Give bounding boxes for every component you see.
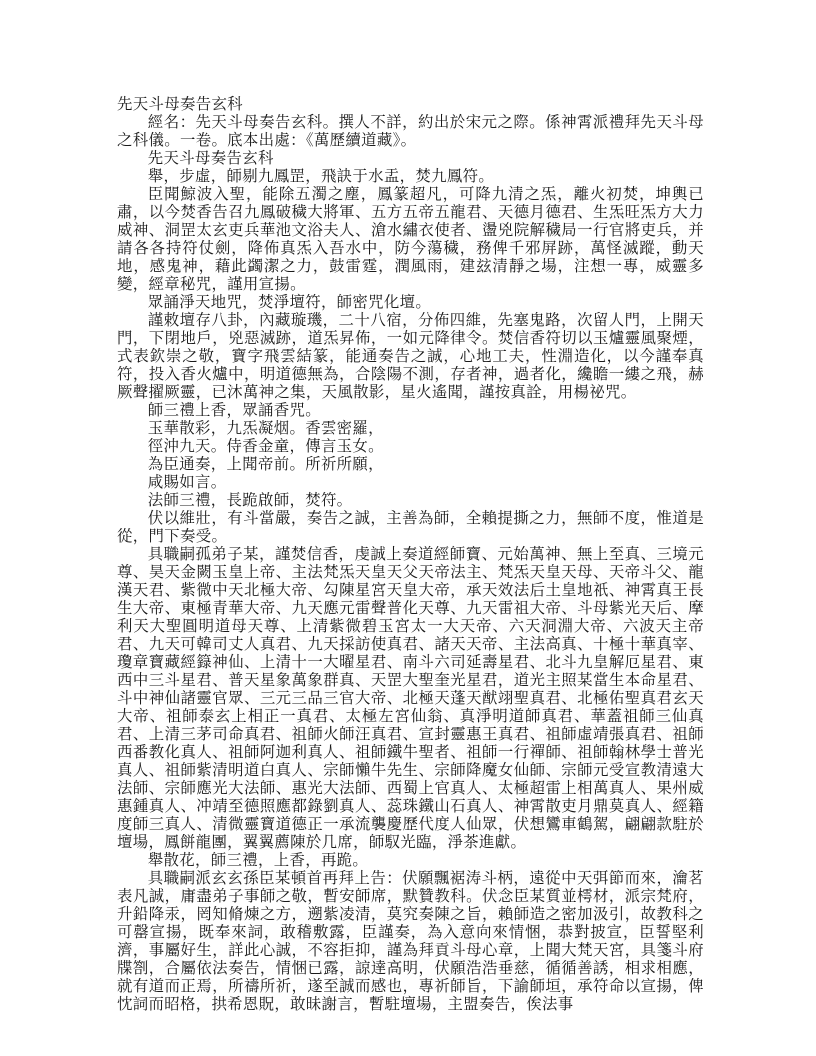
verse-line-4: 咸賜如言。 bbox=[117, 473, 704, 491]
paragraph-master-invocation: 伏以維壯，有斗當嚴，奏告之誠，主善為師，全賴提撕之力，無師不度，惟道是從，門下奏… bbox=[117, 509, 704, 545]
paragraph-rubric-kneel: 法師三禮，長跪啟師，焚符。 bbox=[117, 491, 704, 509]
paragraph-rubric-altar-chant: 眾誦淨天地咒，焚淨壇符，師密咒化壇。 bbox=[117, 293, 704, 311]
verse-line-1: 玉華散彩，九炁凝烟。香雲密羅， bbox=[117, 419, 704, 437]
paragraph-memorial: 具職嗣派玄玄孫臣某頓首再拜上告：伏願飄裾涛斗柄，遠從中天弭節而來，瀹茗表凡誠，庸… bbox=[117, 869, 704, 1013]
document-title: 先天斗母奏告玄科 bbox=[117, 95, 704, 113]
paragraph-rubric-scatter-flowers: 舉散花，師三禮，上香，再跪。 bbox=[117, 851, 704, 869]
paragraph-rubric-incense: 師三禮上香，眾誦香咒。 bbox=[117, 401, 704, 419]
paragraph-scripture-info: 經名：先天斗母奏告玄科。撰人不詳，約出於宋元之際。係神霄派禮拜先天斗母之科儀。一… bbox=[117, 113, 704, 149]
document-page: 先天斗母奏告玄科 經名：先天斗母奏告玄科。撰人不詳，約出於宋元之際。係神霄派禮拜… bbox=[117, 95, 704, 1013]
paragraph-subtitle: 先天斗母奏告玄科 bbox=[117, 149, 704, 167]
verse-line-2: 徑沖九天。侍香金童，傳言玉女。 bbox=[117, 437, 704, 455]
paragraph-deity-list: 具職嗣孤弟子某，謹焚信香，虔誠上奏道經師寶、元始萬神、無上至真、三境元尊、昊天金… bbox=[117, 545, 704, 851]
paragraph-altar-decree: 謹敕壇存八卦，內藏璇璣，二十八宿，分佈四維，先塞鬼路，次留人門，上開天門，下閉地… bbox=[117, 311, 704, 401]
paragraph-purification-invocation: 臣聞鯨波入聖，能除五濁之塵，鳳篆超凡，可降九清之炁，離火初焚，坤輿已肅，以今焚香… bbox=[117, 185, 704, 293]
paragraph-rubric-step-void: 舉，步虛，師剔九鳳罡，飛訣于水盂，焚九鳳符。 bbox=[117, 167, 704, 185]
verse-line-3: 為臣通奏，上聞帝前。所祈所願， bbox=[117, 455, 704, 473]
